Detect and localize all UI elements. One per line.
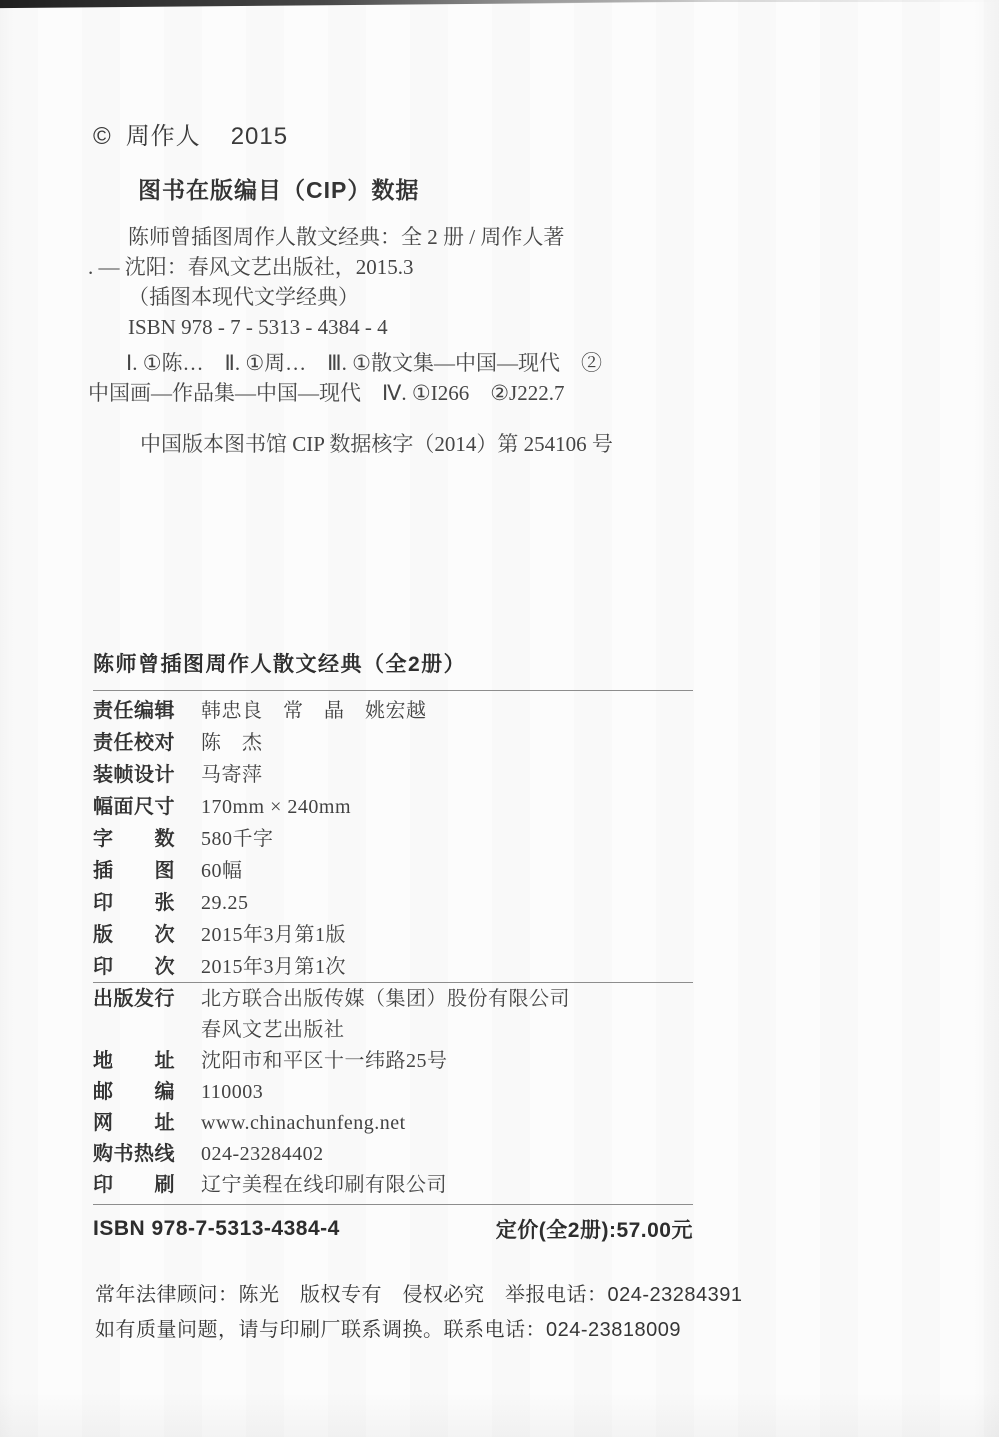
row-value: 60幅 bbox=[201, 855, 243, 887]
table-row: 印 刷 辽宁美程在线印刷有限公司 bbox=[93, 1170, 713, 1201]
table-row: 印 次 2015年3月第1次 bbox=[93, 951, 713, 983]
table-row: 责任校对 陈 杰 bbox=[93, 727, 713, 759]
row-value: 辽宁美程在线印刷有限公司 bbox=[201, 1170, 447, 1201]
row-label: 责任编辑 bbox=[93, 695, 175, 727]
table-row: 幅面尺寸 170mm × 240mm bbox=[93, 791, 713, 823]
table-row: 字 数 580千字 bbox=[93, 823, 713, 855]
row-label bbox=[93, 1015, 175, 1046]
cip-classification: Ⅰ. ①陈… Ⅱ. ①周… Ⅲ. ①散文集—中国—现代 ② 中国画—作品集—中国… bbox=[88, 348, 728, 408]
row-label: 版 次 bbox=[93, 919, 175, 951]
price-text: 定价(全2册):57.00元 bbox=[496, 1214, 693, 1244]
cip-heading: 图书在版编目（CIP）数据 bbox=[138, 172, 419, 205]
legal-line-1: 常年法律顾问：陈光 版权专有 侵权必究 举报电话：024-23284391 bbox=[95, 1278, 795, 1313]
row-label: 印 刷 bbox=[93, 1170, 175, 1201]
table-row: 装帧设计 马寄萍 bbox=[93, 759, 713, 791]
row-label: 地 址 bbox=[93, 1046, 175, 1077]
row-value: 2015年3月第1次 bbox=[201, 951, 346, 983]
row-value: 024-23284402 bbox=[201, 1139, 324, 1170]
legal-line-2: 如有质量问题，请与印刷厂联系调换。联系电话：024-23818009 bbox=[95, 1313, 795, 1348]
cip-line-3: （插图本现代文学经典） bbox=[88, 282, 708, 312]
row-value: 马寄萍 bbox=[201, 759, 263, 791]
table-row: 邮 编 110003 bbox=[93, 1077, 713, 1108]
row-value: www.chinachunfeng.net bbox=[201, 1108, 406, 1139]
table-row: 出版发行 北方联合出版传媒（集团）股份有限公司 bbox=[93, 984, 713, 1015]
row-value: 春风文艺出版社 bbox=[201, 1015, 345, 1046]
copyright-page: ©周作人2015 图书在版编目（CIP）数据 陈师曾插图周作人散文经典：全 2 … bbox=[0, 0, 999, 1437]
row-value: 韩忠良 常 晶 姚宏越 bbox=[201, 695, 427, 727]
table-row: 地 址 沈阳市和平区十一纬路25号 bbox=[93, 1046, 713, 1077]
cip-line-4: ISBN 978 - 7 - 5313 - 4384 - 4 bbox=[88, 312, 708, 342]
copyright-author: 周作人 bbox=[126, 123, 201, 150]
isbn-price-row: ISBN 978-7-5313-4384-4 定价(全2册):57.00元 bbox=[93, 1210, 693, 1248]
cip-block: 陈师曾插图周作人散文经典：全 2 册 / 周作人著 . — 沈阳：春风文艺出版社… bbox=[88, 222, 708, 342]
cip-line-2: . — 沈阳：春风文艺出版社，2015.3 bbox=[88, 252, 708, 282]
copyright-year: 2015 bbox=[231, 123, 288, 150]
table-row: 责任编辑 韩忠良 常 晶 姚宏越 bbox=[93, 695, 713, 727]
row-label: 印 次 bbox=[93, 951, 175, 983]
row-value: 29.25 bbox=[201, 887, 249, 919]
table-row: 购书热线 024-23284402 bbox=[93, 1139, 713, 1170]
title-divider bbox=[93, 690, 693, 691]
table-row: 春风文艺出版社 bbox=[93, 1015, 713, 1046]
classification-line-2: 中国画—作品集—中国—现代 Ⅳ. ①I266 ②J222.7 bbox=[88, 378, 728, 408]
cip-record-line: 中国版本图书馆 CIP 数据核字（2014）第 254106 号 bbox=[140, 428, 613, 458]
row-value: 北方联合出版传媒（集团）股份有限公司 bbox=[201, 984, 570, 1015]
cip-line-1: 陈师曾插图周作人散文经典：全 2 册 / 周作人著 bbox=[88, 222, 708, 252]
row-label: 责任校对 bbox=[93, 727, 175, 759]
table-row: 网 址 www.chinachunfeng.net bbox=[93, 1108, 713, 1139]
colophon-spec-table: 责任编辑 韩忠良 常 晶 姚宏越 责任校对 陈 杰 装帧设计 马寄萍 幅面尺寸 … bbox=[93, 695, 713, 983]
row-label: 插 图 bbox=[93, 855, 175, 887]
publisher-divider bbox=[93, 1204, 693, 1205]
colophon-publisher-table: 出版发行 北方联合出版传媒（集团）股份有限公司 春风文艺出版社 地 址 沈阳市和… bbox=[93, 984, 713, 1201]
row-label: 邮 编 bbox=[93, 1077, 175, 1108]
classification-line-1: Ⅰ. ①陈… Ⅱ. ①周… Ⅲ. ①散文集—中国—现代 ② bbox=[88, 348, 728, 378]
row-value: 2015年3月第1版 bbox=[201, 919, 346, 951]
isbn-text: ISBN 978-7-5313-4384-4 bbox=[93, 1217, 340, 1241]
legal-notice: 常年法律顾问：陈光 版权专有 侵权必究 举报电话：024-23284391 如有… bbox=[95, 1278, 795, 1348]
row-label: 装帧设计 bbox=[93, 759, 175, 791]
table-row: 插 图 60幅 bbox=[93, 855, 713, 887]
row-value: 陈 杰 bbox=[201, 727, 263, 759]
table-row: 印 张 29.25 bbox=[93, 887, 713, 919]
row-label: 购书热线 bbox=[93, 1139, 175, 1170]
copyright-symbol: © bbox=[93, 123, 112, 150]
row-label: 字 数 bbox=[93, 823, 175, 855]
row-label: 网 址 bbox=[93, 1108, 175, 1139]
scan-edge-strip bbox=[0, 0, 720, 9]
row-value: 110003 bbox=[201, 1077, 263, 1108]
book-title: 陈师曾插图周作人散文经典（全2册） bbox=[93, 648, 693, 678]
row-label: 出版发行 bbox=[93, 984, 175, 1015]
row-label: 印 张 bbox=[93, 887, 175, 919]
row-label: 幅面尺寸 bbox=[93, 791, 175, 823]
row-value: 170mm × 240mm bbox=[201, 791, 351, 823]
table-row: 版 次 2015年3月第1版 bbox=[93, 919, 713, 951]
row-value: 沈阳市和平区十一纬路25号 bbox=[201, 1046, 448, 1077]
copyright-line: ©周作人2015 bbox=[93, 116, 288, 151]
row-value: 580千字 bbox=[201, 823, 274, 855]
